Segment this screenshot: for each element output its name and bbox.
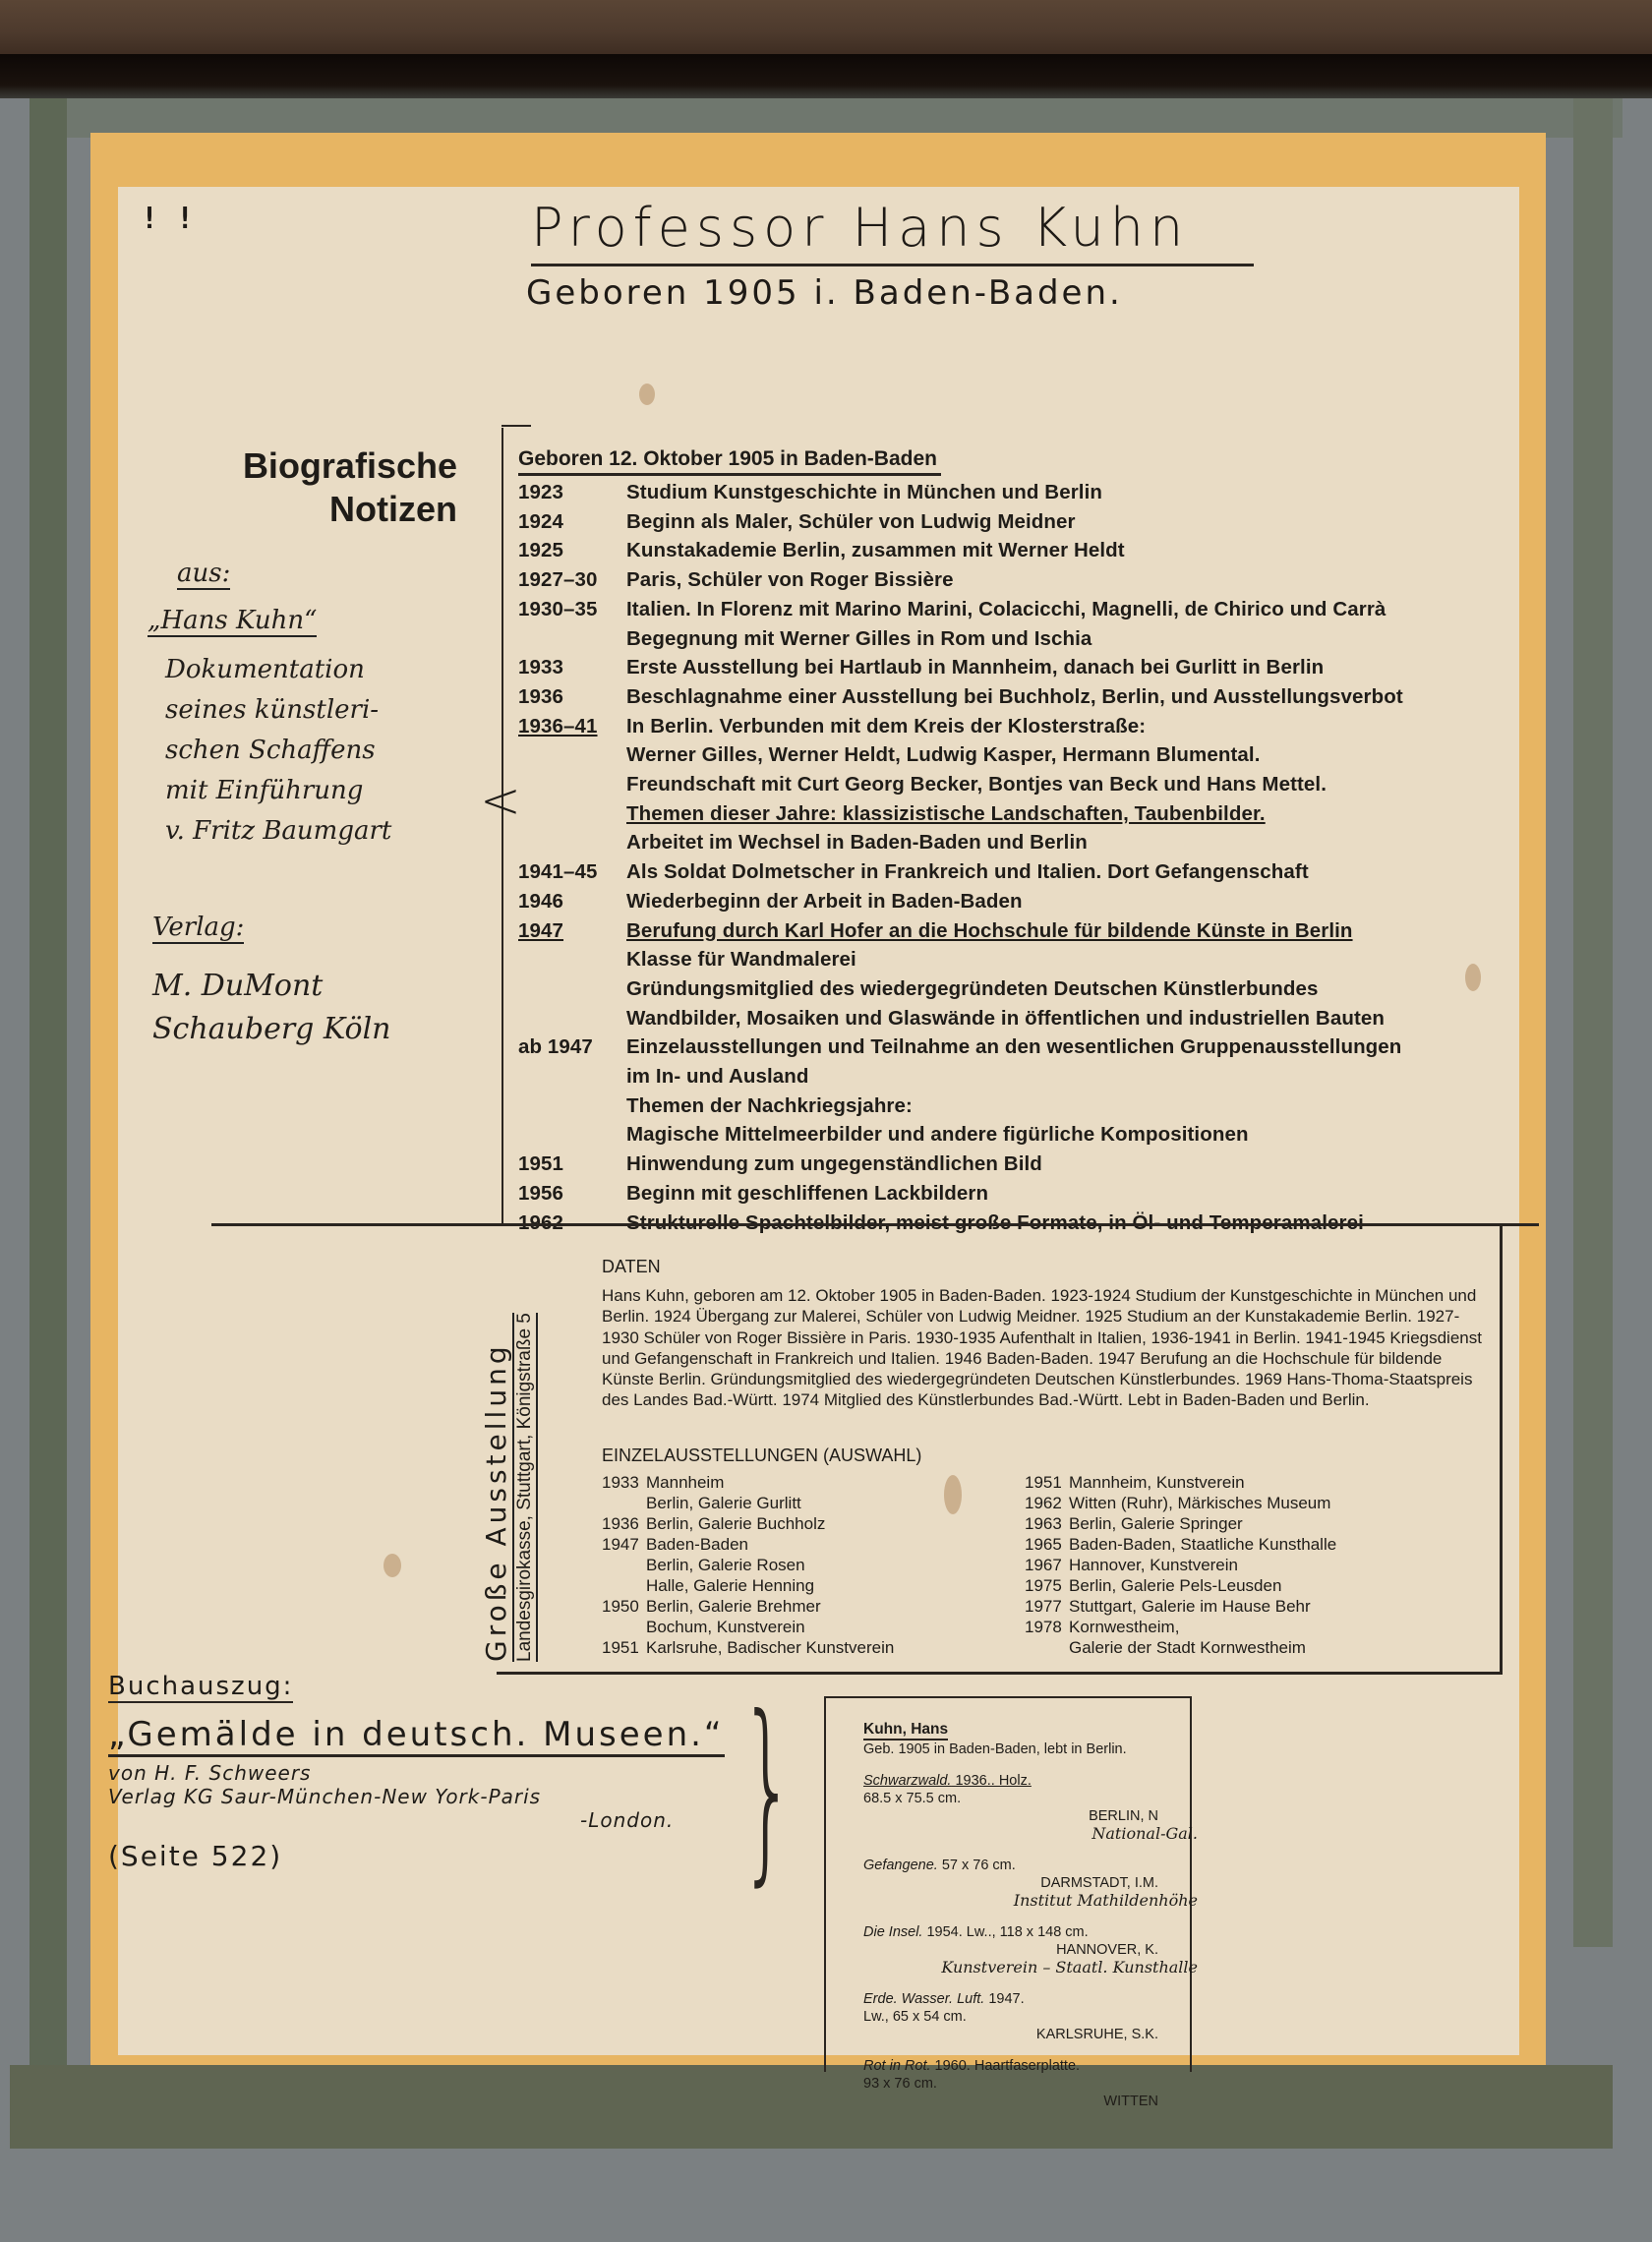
timeline-text: Erste Ausstellung bei Hartlaub in Mannhe… <box>626 653 1502 682</box>
exhibition-place: Witten (Ruhr), Märkisches Museum <box>1069 1493 1330 1513</box>
timeline-row: Arbeitet im Wechsel in Baden-Baden und B… <box>518 828 1502 857</box>
exhibitions-right-column: 1951Mannheim, Kunstverein1962Witten (Ruh… <box>1025 1472 1447 1658</box>
exhibition-year: 1965 <box>1025 1534 1069 1555</box>
timeline-row: Gründungsmitglied des wiedergegründeten … <box>518 974 1502 1004</box>
exhibition-year: 1951 <box>602 1637 646 1658</box>
work-location: HANNOVER, K. <box>863 1941 1198 1959</box>
bracket-top <box>501 425 531 427</box>
timeline-text: Beginn als Maler, Schüler von Ludwig Mei… <box>626 507 1502 537</box>
timeline-row: 1941–45Als Soldat Dolmetscher in Frankre… <box>518 857 1502 887</box>
timeline-text: Klasse für Wandmalerei <box>626 945 1502 974</box>
wooden-frame-edge <box>0 0 1652 54</box>
exhibition-place: Berlin, Galerie Springer <box>1069 1513 1243 1534</box>
curly-brace: } <box>739 1691 796 1888</box>
timeline-year <box>518 945 626 974</box>
timeline-year: 1930–35 <box>518 595 626 624</box>
exhibition-row: Galerie der Stadt Kornwestheim <box>1025 1637 1447 1658</box>
timeline-row: Werner Gilles, Werner Heldt, Ludwig Kasp… <box>518 740 1502 770</box>
catalog-name: Kuhn, Hans <box>863 1721 948 1740</box>
source-line: v. Fritz Baumgart <box>165 811 391 852</box>
timeline: Geboren 12. Oktober 1905 in Baden-Baden … <box>518 447 1502 1237</box>
timeline-year: 1924 <box>518 507 626 537</box>
work-location: BERLIN, N <box>863 1807 1198 1825</box>
excerpt-line: -London. <box>108 1808 725 1832</box>
timeline-year <box>518 624 626 654</box>
exhibition-year: 1936 <box>602 1513 646 1534</box>
exhibition-row: 1950Berlin, Galerie Brehmer <box>602 1596 1025 1617</box>
tape-strip-bottom <box>10 2065 1613 2149</box>
work-title: Erde. Wasser. Luft. <box>863 1991 984 2007</box>
timeline-year <box>518 1062 626 1091</box>
source-line: Dokumentation <box>165 650 391 690</box>
catalog-entry: Kuhn, Hans Geb. 1905 in Baden-Baden, leb… <box>863 1721 1198 2110</box>
exhibitions-heading: EINZELAUSSTELLUNGEN (AUSWAHL) <box>602 1445 1487 1466</box>
timeline-text: Berufung durch Karl Hofer an die Hochsch… <box>626 916 1502 946</box>
timeline-year: 1923 <box>518 478 626 507</box>
timeline-text: In Berlin. Verbunden mit dem Kreis der K… <box>626 712 1502 741</box>
timeline-text: Wandbilder, Mosaiken und Glaswände in öf… <box>626 1004 1502 1033</box>
timeline-text: Gründungsmitglied des wiedergegründeten … <box>626 974 1502 1004</box>
catalog-work: Schwarzwald. 1936.. Holz. <box>863 1772 1198 1790</box>
work-size: 68.5 x 75.5 cm. <box>863 1790 1198 1807</box>
source-label: aus: <box>177 559 230 590</box>
exhibition-row: 1947Baden-Baden <box>602 1534 1025 1555</box>
exhibition-row: 1951Mannheim, Kunstverein <box>1025 1472 1447 1493</box>
catalog-work: Die Insel. 1954. Lw.., 118 x 148 cm. <box>863 1923 1198 1941</box>
timeline-row: 1930–35Italien. In Florenz mit Marino Ma… <box>518 595 1502 624</box>
timeline-row: 1933Erste Ausstellung bei Hartlaub in Ma… <box>518 653 1502 682</box>
timeline-text: Arbeitet im Wechsel in Baden-Baden und B… <box>626 828 1502 857</box>
timeline-text: Kunstakademie Berlin, zusammen mit Werne… <box>626 536 1502 565</box>
timeline-text: Hinwendung zum ungegenständlichen Bild <box>626 1150 1502 1179</box>
exhibition-place: Baden-Baden <box>646 1534 748 1555</box>
timeline-text: Italien. In Florenz mit Marino Marini, C… <box>626 595 1502 624</box>
exhibition-row: 1933Mannheim <box>602 1472 1025 1493</box>
vertical-caption: Große Ausstellung Landesgirokasse, Stutt… <box>480 1313 538 1662</box>
timeline-text: Studium Kunstgeschichte in München und B… <box>626 478 1502 507</box>
exhibition-year <box>602 1617 646 1637</box>
timeline-year <box>518 770 626 799</box>
exhibition-year: 1947 <box>602 1534 646 1555</box>
heading-line: Notizen <box>157 488 457 531</box>
exhibition-year <box>602 1575 646 1596</box>
exhibition-year: 1950 <box>602 1596 646 1617</box>
catalog-bio: Geb. 1905 in Baden-Baden, lebt in Berlin… <box>863 1740 1158 1758</box>
timeline-year: 1936 <box>518 682 626 712</box>
timeline-row: Begegnung mit Werner Gilles in Rom und I… <box>518 624 1502 654</box>
timeline-row: 1946Wiederbeginn der Arbeit in Baden-Bad… <box>518 887 1502 916</box>
source-line: schen Schaffens <box>165 731 391 771</box>
source-line: seines künstleri- <box>165 690 391 731</box>
publisher-label: Verlag: <box>152 913 244 944</box>
exhibition-place: Mannheim, Kunstverein <box>1069 1472 1245 1493</box>
exhibition-year <box>1025 1637 1069 1658</box>
timeline-row: Themen dieser Jahre: klassizistische Lan… <box>518 799 1502 829</box>
timeline-text: im In- und Ausland <box>626 1062 1502 1091</box>
exhibition-place: Bochum, Kunstverein <box>646 1617 805 1637</box>
work-handwritten-note: National-Gal. <box>863 1825 1198 1843</box>
daten-paragraph: Hans Kuhn, geboren am 12. Oktober 1905 i… <box>602 1285 1487 1410</box>
exhibition-place: Berlin, Galerie Pels-Leusden <box>1069 1575 1281 1596</box>
margin-note-source: aus: „Hans Kuhn“ Dokumentation seines kü… <box>147 556 391 852</box>
exhibition-row: 1936Berlin, Galerie Buchholz <box>602 1513 1025 1534</box>
exhibition-row: Berlin, Galerie Gurlitt <box>602 1493 1025 1513</box>
timeline-text: Werner Gilles, Werner Heldt, Ludwig Kasp… <box>626 740 1502 770</box>
timeline-year: 1951 <box>518 1150 626 1179</box>
exhibition-place: Kornwestheim, <box>1069 1617 1179 1637</box>
work-handwritten-note: Kunstverein – Staatl. Kunsthalle <box>863 1959 1198 1976</box>
timeline-row: 1936–41In Berlin. Verbunden mit dem Krei… <box>518 712 1502 741</box>
timeline-text: Einzelausstellungen und Teilnahme an den… <box>626 1032 1502 1062</box>
exhibition-place: Stuttgart, Galerie im Hause Behr <box>1069 1596 1311 1617</box>
timeline-row: 1924Beginn als Maler, Schüler von Ludwig… <box>518 507 1502 537</box>
timeline-year: 1946 <box>518 887 626 916</box>
timeline-text: Beginn mit geschliffenen Lackbildern <box>626 1179 1502 1209</box>
exhibition-row: 1951Karlsruhe, Badischer Kunstverein <box>602 1637 1025 1658</box>
work-handwritten-note: Institut Mathildenhöhe <box>863 1892 1198 1910</box>
handwritten-subtitle: Geboren 1905 i. Baden-Baden. <box>526 273 1123 313</box>
excerpt-line: Verlag KG Saur-München-New York-Paris <box>108 1785 725 1808</box>
work-details: 1954. Lw.., 118 x 148 cm. <box>926 1924 1088 1940</box>
exhibition-place: Berlin, Galerie Buchholz <box>646 1513 825 1534</box>
exhibition-row: Berlin, Galerie Rosen <box>602 1555 1025 1575</box>
exhibition-row: 1962Witten (Ruhr), Märkisches Museum <box>1025 1493 1447 1513</box>
catalog-work: Erde. Wasser. Luft. 1947. <box>863 1990 1198 2008</box>
work-title: Rot in Rot. <box>863 2058 931 2074</box>
timeline-year <box>518 1091 626 1121</box>
exhibition-place: Berlin, Galerie Gurlitt <box>646 1493 801 1513</box>
stain <box>639 383 655 405</box>
exhibition-year: 1951 <box>1025 1472 1069 1493</box>
title-underline <box>531 264 1254 266</box>
timeline-text: Beschlagnahme einer Ausstellung bei Buch… <box>626 682 1502 712</box>
timeline-row: Themen der Nachkriegsjahre: <box>518 1091 1502 1121</box>
source-title: „Hans Kuhn“ <box>147 606 317 637</box>
timeline-text: Themen der Nachkriegsjahre: <box>626 1091 1502 1121</box>
handwritten-title: Professor Hans Kuhn <box>531 197 1189 259</box>
timeline-text: Wiederbeginn der Arbeit in Baden-Baden <box>626 887 1502 916</box>
timeline-year: 1927–30 <box>518 565 626 595</box>
timeline-row: 1947Berufung durch Karl Hofer an die Hoc… <box>518 916 1502 946</box>
exhibition-row: 1977Stuttgart, Galerie im Hause Behr <box>1025 1596 1447 1617</box>
timeline-year: 1925 <box>518 536 626 565</box>
timeline-year: 1947 <box>518 916 626 946</box>
work-details: 1960. Haartfaserplatte. <box>935 2058 1081 2074</box>
exhibition-place: Karlsruhe, Badischer Kunstverein <box>646 1637 894 1658</box>
timeline-year <box>518 1120 626 1150</box>
tape-strip-left <box>29 98 67 2075</box>
work-details: 1936.. Holz. <box>955 1773 1031 1789</box>
timeline-row: 1936Beschlagnahme einer Ausstellung bei … <box>518 682 1502 712</box>
exhibitions-section: EINZELAUSSTELLUNGEN (AUSWAHL) 1933Mannhe… <box>602 1445 1487 1658</box>
exhibition-place: Berlin, Galerie Rosen <box>646 1555 805 1575</box>
timeline-year <box>518 740 626 770</box>
exhibitions-left-column: 1933MannheimBerlin, Galerie Gurlitt1936B… <box>602 1472 1025 1658</box>
timeline-text: Themen dieser Jahre: klassizistische Lan… <box>626 799 1502 829</box>
work-details: 1947. <box>988 1991 1024 2007</box>
timeline-row: Magische Mittelmeerbilder und andere fig… <box>518 1120 1502 1150</box>
daten-section: DATEN Hans Kuhn, geboren am 12. Oktober … <box>602 1257 1487 1410</box>
exhibition-row: 1965Baden-Baden, Staatliche Kunsthalle <box>1025 1534 1447 1555</box>
exhibition-year: 1963 <box>1025 1513 1069 1534</box>
book-excerpt: Buchauszug: „Gemälde in deutsch. Museen.… <box>108 1672 725 1872</box>
timeline-row: 1951Hinwendung zum ungegenständlichen Bi… <box>518 1150 1502 1179</box>
work-location: DARMSTADT, I.M. <box>863 1874 1198 1892</box>
timeline-text: Als Soldat Dolmetscher in Frankreich und… <box>626 857 1502 887</box>
timeline-text: Magische Mittelmeerbilder und andere fig… <box>626 1120 1502 1150</box>
timeline-row: Wandbilder, Mosaiken und Glaswände in öf… <box>518 1004 1502 1033</box>
work-title: Schwarzwald. <box>863 1773 951 1789</box>
timeline-text: Begegnung mit Werner Gilles in Rom und I… <box>626 624 1502 654</box>
bracket-point: < <box>480 772 521 829</box>
daten-heading: DATEN <box>602 1257 1487 1277</box>
exhibition-place: Mannheim <box>646 1472 724 1493</box>
exhibition-year: 1978 <box>1025 1617 1069 1637</box>
exhibition-row: 1975Berlin, Galerie Pels-Leusden <box>1025 1575 1447 1596</box>
stain <box>383 1554 401 1577</box>
exhibition-year <box>602 1493 646 1513</box>
exhibition-year <box>602 1555 646 1575</box>
timeline-row: 1956Beginn mit geschliffenen Lackbildern <box>518 1179 1502 1209</box>
timeline-row: 1927–30Paris, Schüler von Roger Bissière <box>518 565 1502 595</box>
timeline-row: Klasse für Wandmalerei <box>518 945 1502 974</box>
exhibition-row: 1978Kornwestheim, <box>1025 1617 1447 1637</box>
tape-strip-right <box>1573 98 1613 1947</box>
vertical-printed: Landesgirokasse, Stuttgart, Königstraße … <box>512 1313 538 1662</box>
timeline-text: Paris, Schüler von Roger Bissière <box>626 565 1502 595</box>
margin-note-publisher: Verlag: M. DuMont Schauberg Köln <box>152 910 391 1051</box>
exhibition-place: Berlin, Galerie Brehmer <box>646 1596 821 1617</box>
exhibition-year: 1967 <box>1025 1555 1069 1575</box>
timeline-row: 1925Kunstakademie Berlin, zusammen mit W… <box>518 536 1502 565</box>
catalog-work: Rot in Rot. 1960. Haartfaserplatte. <box>863 2057 1198 2075</box>
publisher-line: Schauberg Köln <box>152 1008 391 1051</box>
work-title: Gefangene. <box>863 1858 938 1873</box>
frame-shadow <box>0 54 1652 98</box>
timeline-row: 1923Studium Kunstgeschichte in München u… <box>518 478 1502 507</box>
exhibition-place: Baden-Baden, Staatliche Kunsthalle <box>1069 1534 1336 1555</box>
timeline-text: Freundschaft mit Curt Georg Becker, Bont… <box>626 770 1502 799</box>
exhibition-row: Halle, Galerie Henning <box>602 1575 1025 1596</box>
catalog-work: Gefangene. 57 x 76 cm. <box>863 1857 1198 1874</box>
work-size: Lw., 65 x 54 cm. <box>863 2008 1198 2026</box>
timeline-year: 1933 <box>518 653 626 682</box>
timeline-year <box>518 974 626 1004</box>
section-heading: Biografische Notizen <box>157 444 457 531</box>
timeline-year <box>518 1004 626 1033</box>
timeline-year <box>518 828 626 857</box>
excerpt-title: „Gemälde in deutsch. Museen.“ <box>108 1715 725 1757</box>
timeline-year: 1941–45 <box>518 857 626 887</box>
timeline-row: Freundschaft mit Curt Georg Becker, Bont… <box>518 770 1502 799</box>
timeline-row: im In- und Ausland <box>518 1062 1502 1091</box>
timeline-row: ab 1947Einzelausstellungen und Teilnahme… <box>518 1032 1502 1062</box>
source-line: mit Einführung <box>165 771 391 811</box>
exhibition-row: Bochum, Kunstverein <box>602 1617 1025 1637</box>
exhibition-row: 1967Hannover, Kunstverein <box>1025 1555 1447 1575</box>
work-size: 93 x 76 cm. <box>863 2075 1198 2093</box>
excerpt-page: (Seite 522) <box>108 1840 725 1872</box>
work-location: KARLSRUHE, S.K. <box>863 2026 1198 2043</box>
exhibition-year: 1977 <box>1025 1596 1069 1617</box>
publisher-line: M. DuMont <box>152 965 391 1008</box>
exhibition-year: 1975 <box>1025 1575 1069 1596</box>
work-title: Die Insel. <box>863 1924 922 1940</box>
tape-strip-top <box>29 98 1622 138</box>
vertical-handwritten: Große Ausstellung <box>480 1313 512 1662</box>
margin-marks: ! ! <box>141 202 194 236</box>
timeline-year: ab 1947 <box>518 1032 626 1062</box>
excerpt-line: von H. F. Schweers <box>108 1761 725 1785</box>
timeline-year: 1936–41 <box>518 712 626 741</box>
exhibition-place: Galerie der Stadt Kornwestheim <box>1069 1637 1306 1658</box>
exhibition-year: 1962 <box>1025 1493 1069 1513</box>
heading-line: Biografische <box>157 444 457 488</box>
excerpt-label: Buchauszug: <box>108 1672 293 1703</box>
timeline-header: Geboren 12. Oktober 1905 in Baden-Baden <box>518 447 941 476</box>
exhibition-place: Hannover, Kunstverein <box>1069 1555 1238 1575</box>
exhibition-place: Halle, Galerie Henning <box>646 1575 814 1596</box>
work-location: WITTEN <box>863 2093 1198 2110</box>
exhibition-year: 1933 <box>602 1472 646 1493</box>
exhibition-row: 1963Berlin, Galerie Springer <box>1025 1513 1447 1534</box>
timeline-year: 1956 <box>518 1179 626 1209</box>
work-size: 57 x 76 cm. <box>942 1858 1016 1873</box>
timeline-year <box>518 799 626 829</box>
